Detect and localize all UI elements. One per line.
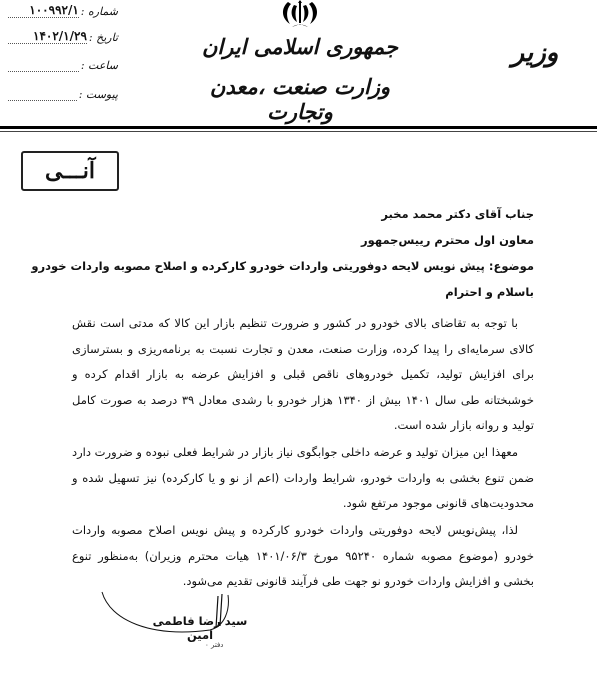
letter-attachment-value (8, 86, 77, 101)
urgent-stamp-label: آنـــی (45, 158, 95, 184)
addressee: جناب آقای دکتر محمد مخبر (381, 207, 534, 221)
letter-number-field: شماره : ۱۰۰۹۹۲/۱ (8, 2, 118, 18)
reference-note: دفتر ۰ (205, 641, 223, 649)
greeting: باسلام و احترام (445, 285, 534, 299)
ministry-title: وزارت صنعت ،معدن وتجارت (190, 74, 410, 124)
iran-emblem-icon (278, 0, 322, 30)
paragraph-1: با توجه به تقاضای بالای خودرو در کشور و … (72, 311, 534, 439)
paragraph-3: لذا، پیش‌نویس لایحه دوفوریتی واردات خودر… (72, 518, 534, 595)
letter-time-label: ساعت : (81, 59, 118, 72)
letter-time-field: ساعت : (8, 56, 118, 72)
letter-date-label: تاریخ : (89, 31, 118, 44)
letter-date-value: ۱۴۰۲/۱/۲۹ (8, 29, 87, 44)
letter-time-value (8, 57, 79, 72)
letter-date-field: تاریخ : ۱۴۰۲/۱/۲۹ (8, 28, 118, 44)
letter-subject: موضوع: پیش نویس لایحه دوفوریتی واردات خو… (31, 259, 534, 273)
urgent-stamp: آنـــی (21, 151, 119, 191)
addressee-role: معاون اول محترم رییس‌جمهور (361, 233, 534, 247)
header-divider-thick (0, 126, 597, 129)
minister-title: وزیر (505, 38, 565, 68)
paragraph-3-text: لذا، پیش‌نویس لایحه دوفوریتی واردات خودر… (72, 523, 534, 588)
letter-number-value: ۱۰۰۹۹۲/۱ (8, 3, 79, 18)
paragraph-1-text: با توجه به تقاضای بالای خودرو در کشور و … (72, 316, 534, 432)
letter-attachment-field: پیوست : (8, 85, 118, 101)
letter-attachment-label: پیوست : (79, 88, 118, 101)
letter-number-label: شماره : (81, 5, 118, 18)
header-divider-thin (0, 131, 597, 132)
paragraph-2-text: معهذا این میزان تولید و عرضه داخلی جوابگ… (72, 445, 534, 510)
signatory-name: سید رضا فاطمی امین (150, 614, 250, 642)
paragraph-2: معهذا این میزان تولید و عرضه داخلی جوابگ… (72, 440, 534, 517)
country-title: جمهوری اسلامی ایران (190, 34, 410, 59)
